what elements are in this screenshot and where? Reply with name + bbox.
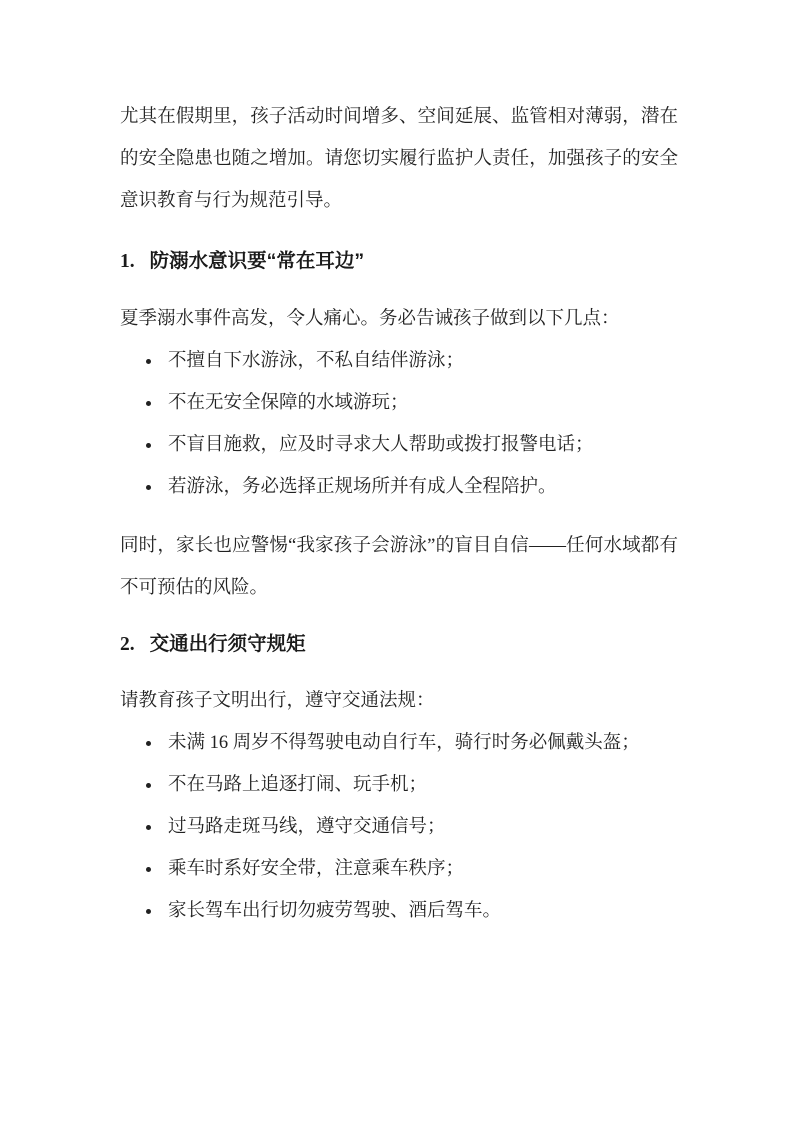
section-1-note: 同时，家长也应警惕“我家孩子会游泳”的盲目自信——任何水域都有不可预估的风险。 bbox=[120, 525, 678, 609]
bullet-item: 过马路走斑马线，遵守交通信号； bbox=[168, 806, 678, 848]
document-page: 尤其在假期里，孩子活动时间增多、空间延展、监管相对薄弱，潜在的安全隐患也随之增加… bbox=[0, 0, 793, 1122]
bullet-item: 不擅自下水游泳，不私自结伴游泳； bbox=[168, 340, 678, 382]
section-2-bullet-list: 未满 16 周岁不得驾驶电动自行车，骑行时务必佩戴头盔； 不在马路上追逐打闹、玩… bbox=[120, 722, 678, 932]
document-content: 尤其在假期里，孩子活动时间增多、空间延展、监管相对薄弱，潜在的安全隐患也随之增加… bbox=[120, 0, 678, 932]
section-1-heading: 1.防溺水意识要“常在耳边” bbox=[120, 240, 678, 283]
bullet-item: 乘车时系好安全带，注意乘车秩序； bbox=[168, 848, 678, 890]
bullet-item: 未满 16 周岁不得驾驶电动自行车，骑行时务必佩戴头盔； bbox=[168, 722, 678, 764]
section-2-heading: 2.交通出行须守规矩 bbox=[120, 623, 678, 666]
bullet-item: 不在马路上追逐打闹、玩手机； bbox=[168, 764, 678, 806]
bullet-item: 家长驾车出行切勿疲劳驾驶、酒后驾车。 bbox=[168, 890, 678, 932]
section-2-lead: 请教育孩子文明出行，遵守交通法规： bbox=[120, 680, 678, 722]
section-1-bullet-list: 不擅自下水游泳，不私自结伴游泳； 不在无安全保障的水域游玩； 不盲目施救，应及时… bbox=[120, 340, 678, 508]
section-2-title: 交通出行须守规矩 bbox=[150, 633, 306, 655]
bullet-item: 不盲目施救，应及时寻求大人帮助或拨打报警电话； bbox=[168, 424, 678, 466]
bullet-item: 若游泳，务必选择正规场所并有成人全程陪护。 bbox=[168, 466, 678, 508]
section-1-number: 1. bbox=[120, 251, 135, 272]
section-1-lead: 夏季溺水事件高发，令人痛心。务必告诫孩子做到以下几点： bbox=[120, 298, 678, 340]
section-1-title: 防溺水意识要“常在耳边” bbox=[150, 250, 365, 272]
bullet-item: 不在无安全保障的水域游玩； bbox=[168, 382, 678, 424]
intro-paragraph: 尤其在假期里，孩子活动时间增多、空间延展、监管相对薄弱，潜在的安全隐患也随之增加… bbox=[120, 96, 678, 222]
section-2-number: 2. bbox=[120, 634, 135, 655]
